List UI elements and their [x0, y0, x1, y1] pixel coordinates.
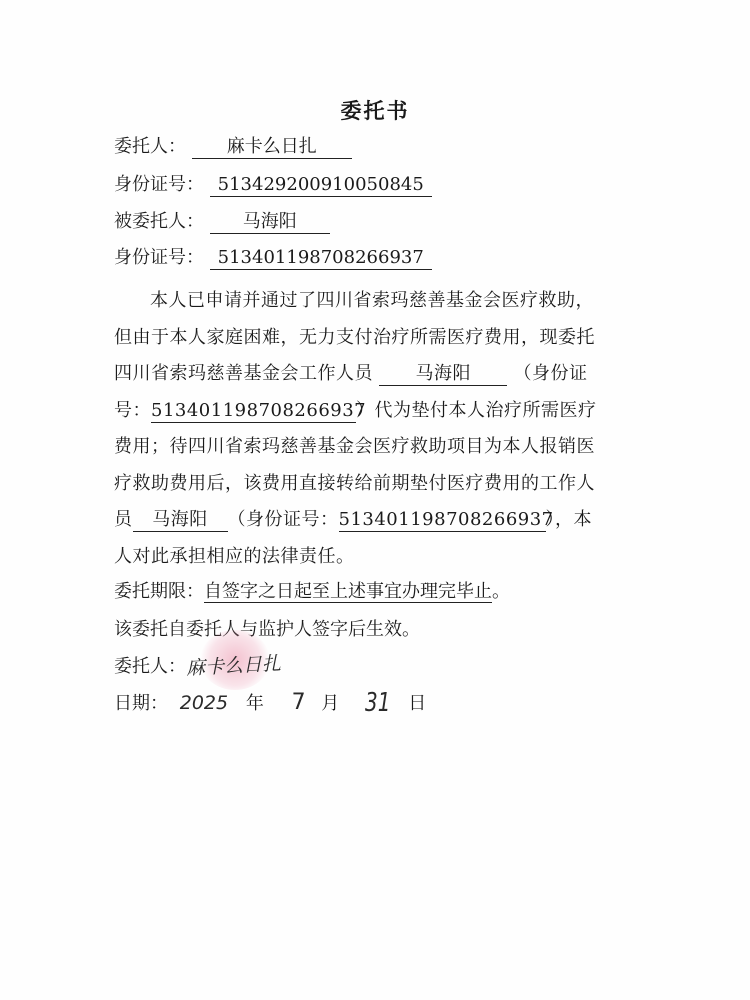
text: 。	[492, 581, 510, 602]
principal-id-row: 身份证号： 513429200910050845	[114, 173, 432, 197]
body-line: 号：513401198708266937）代为垫付本人治疗所需医疗	[114, 393, 644, 430]
effective-row: 该委托自委托人与监护人签字后生效。	[114, 618, 420, 642]
staff-id: 513401198708266937	[151, 400, 356, 423]
body-line: 员马海阳（身份证号：513401198708266937），本	[114, 502, 644, 539]
text: ）代为垫付本人治疗所需医疗	[356, 400, 597, 421]
signature-row: 委托人：麻卡么日扎	[114, 654, 281, 679]
date-label: 日期：	[114, 693, 168, 714]
body-line: 四川省索玛慈善基金会工作人员 马海阳 （身份证	[114, 356, 644, 393]
body-paragraph: 本人已申请并通过了四川省索玛慈善基金会医疗救助， 但由于本人家庭困难，无力支付治…	[114, 283, 644, 575]
text: ），本	[546, 509, 593, 530]
text: （身份证	[513, 363, 587, 384]
body-line: 但由于本人家庭困难，无力支付治疗所需医疗费用，现委托	[114, 320, 644, 357]
principal-id: 513429200910050845	[210, 174, 432, 197]
text: 日	[408, 693, 426, 714]
agent-row: 被委托人： 马海阳	[114, 210, 330, 234]
principal-name: 麻卡么日扎	[192, 136, 352, 159]
agent-label: 被委托人：	[114, 211, 204, 232]
handwritten-year: 2025	[180, 691, 228, 715]
handwritten-month: 7	[292, 691, 306, 715]
body-line: 疗救助费用后，该费用直接转给前期垫付医疗费用的工作人	[114, 466, 644, 503]
agent-name: 马海阳	[210, 211, 330, 234]
agent-id-label: 身份证号：	[114, 247, 204, 268]
staff-name: 马海阳	[133, 509, 228, 532]
body-line: 人对此承担相应的法律责任。	[114, 539, 644, 576]
principal-label: 委托人：	[114, 136, 186, 157]
document-page: 委托书 委托人： 麻卡么日扎 身份证号： 513429200910050845 …	[0, 0, 750, 1000]
principal-id-label: 身份证号：	[114, 174, 204, 195]
text: 月	[321, 693, 339, 714]
handwritten-day: 31	[365, 686, 390, 717]
term-value: 自签字之日起至上述事宜办理完毕止	[204, 581, 492, 603]
date-row: 日期： 2025 年 7 月 31 日	[114, 690, 426, 716]
term-row: 委托期限：自签字之日起至上述事宜办理完毕止。	[114, 580, 510, 604]
signature-label: 委托人：	[114, 656, 186, 677]
handwritten-signature: 麻卡么日扎	[185, 652, 281, 681]
text: 员	[114, 509, 133, 530]
agent-id-row: 身份证号： 513401198708266937	[114, 246, 432, 270]
body-line: 费用；待四川省索玛慈善基金会医疗救助项目为本人报销医	[114, 429, 644, 466]
text: （身份证号：	[228, 509, 339, 530]
text: 号：	[114, 400, 151, 421]
staff-name: 马海阳	[379, 363, 507, 386]
text: 四川省索玛慈善基金会工作人员	[114, 363, 373, 384]
agent-id: 513401198708266937	[210, 247, 432, 270]
term-label: 委托期限：	[114, 581, 204, 602]
principal-row: 委托人： 麻卡么日扎	[114, 135, 352, 159]
staff-id: 513401198708266937	[339, 509, 546, 532]
body-line: 本人已申请并通过了四川省索玛慈善基金会医疗救助，	[114, 283, 644, 320]
text: 年	[246, 693, 264, 714]
document-title: 委托书	[0, 95, 750, 125]
